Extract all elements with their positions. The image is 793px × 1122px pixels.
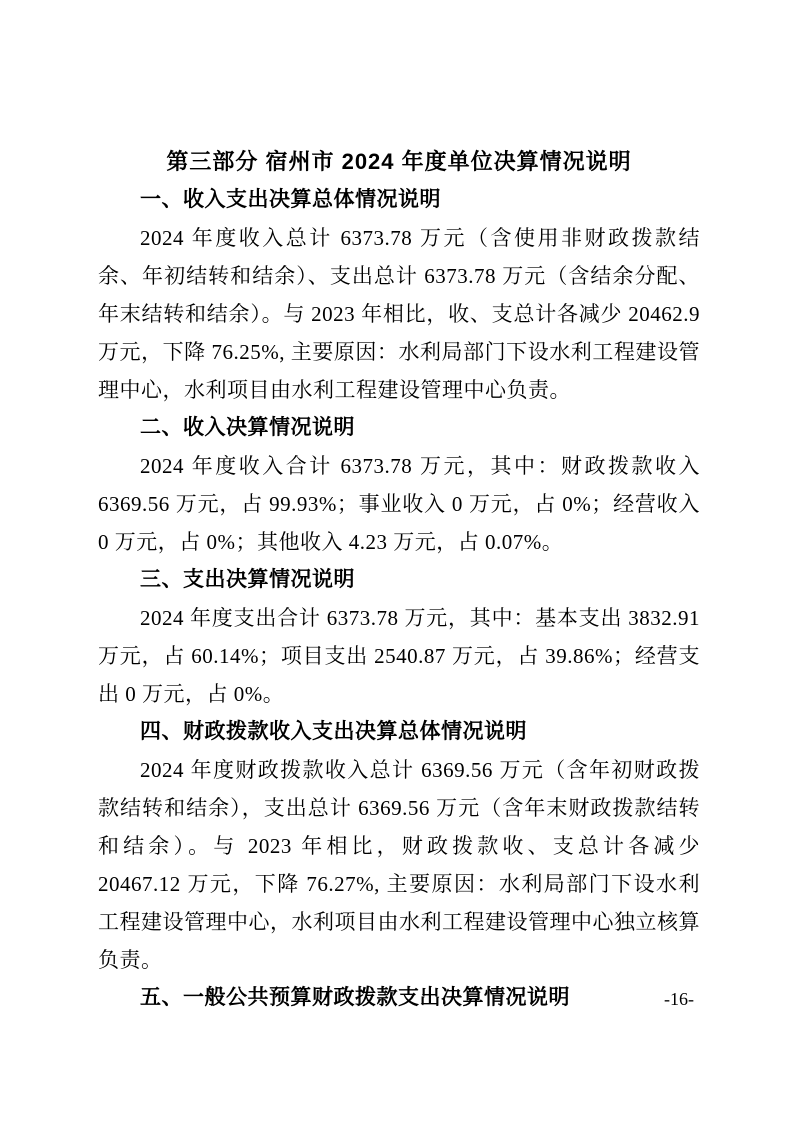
- section-heading-5: 五、一般公共预算财政拨款支出决算情况说明: [98, 979, 700, 1017]
- section-paragraph-1: 2024 年度收入总计 6373.78 万元（含使用非财政拨款结余、年初结转和结…: [98, 219, 700, 409]
- section-income-detail: 二、收入决算情况说明 2024 年度收入合计 6373.78 万元，其中：财政拨…: [98, 409, 700, 561]
- document-title: 第三部分 宿州市 2024 年度单位决算情况说明: [98, 143, 700, 181]
- section-fiscal-appropriation-overview: 四、财政拨款收入支出决算总体情况说明 2024 年度财政拨款收入总计 6369.…: [98, 713, 700, 979]
- section-heading-1: 一、收入支出决算总体情况说明: [98, 181, 700, 219]
- section-heading-4: 四、财政拨款收入支出决算总体情况说明: [98, 713, 700, 751]
- section-general-public-budget: 五、一般公共预算财政拨款支出决算情况说明: [98, 979, 700, 1017]
- page-number: -16-: [664, 988, 694, 1010]
- section-heading-2: 二、收入决算情况说明: [98, 409, 700, 447]
- document-page: 第三部分 宿州市 2024 年度单位决算情况说明 一、收入支出决算总体情况说明 …: [0, 0, 793, 1122]
- section-expenditure-detail: 三、支出决算情况说明 2024 年度支出合计 6373.78 万元，其中：基本支…: [98, 561, 700, 713]
- section-income-expenditure-overview: 一、收入支出决算总体情况说明 2024 年度收入总计 6373.78 万元（含使…: [98, 181, 700, 409]
- section-paragraph-2: 2024 年度收入合计 6373.78 万元，其中：财政拨款收入 6369.56…: [98, 447, 700, 561]
- section-paragraph-4: 2024 年度财政拨款收入总计 6369.56 万元（含年初财政拨款结转和结余）…: [98, 751, 700, 979]
- section-heading-3: 三、支出决算情况说明: [98, 561, 700, 599]
- section-paragraph-3: 2024 年度支出合计 6373.78 万元，其中：基本支出 3832.91 万…: [98, 599, 700, 713]
